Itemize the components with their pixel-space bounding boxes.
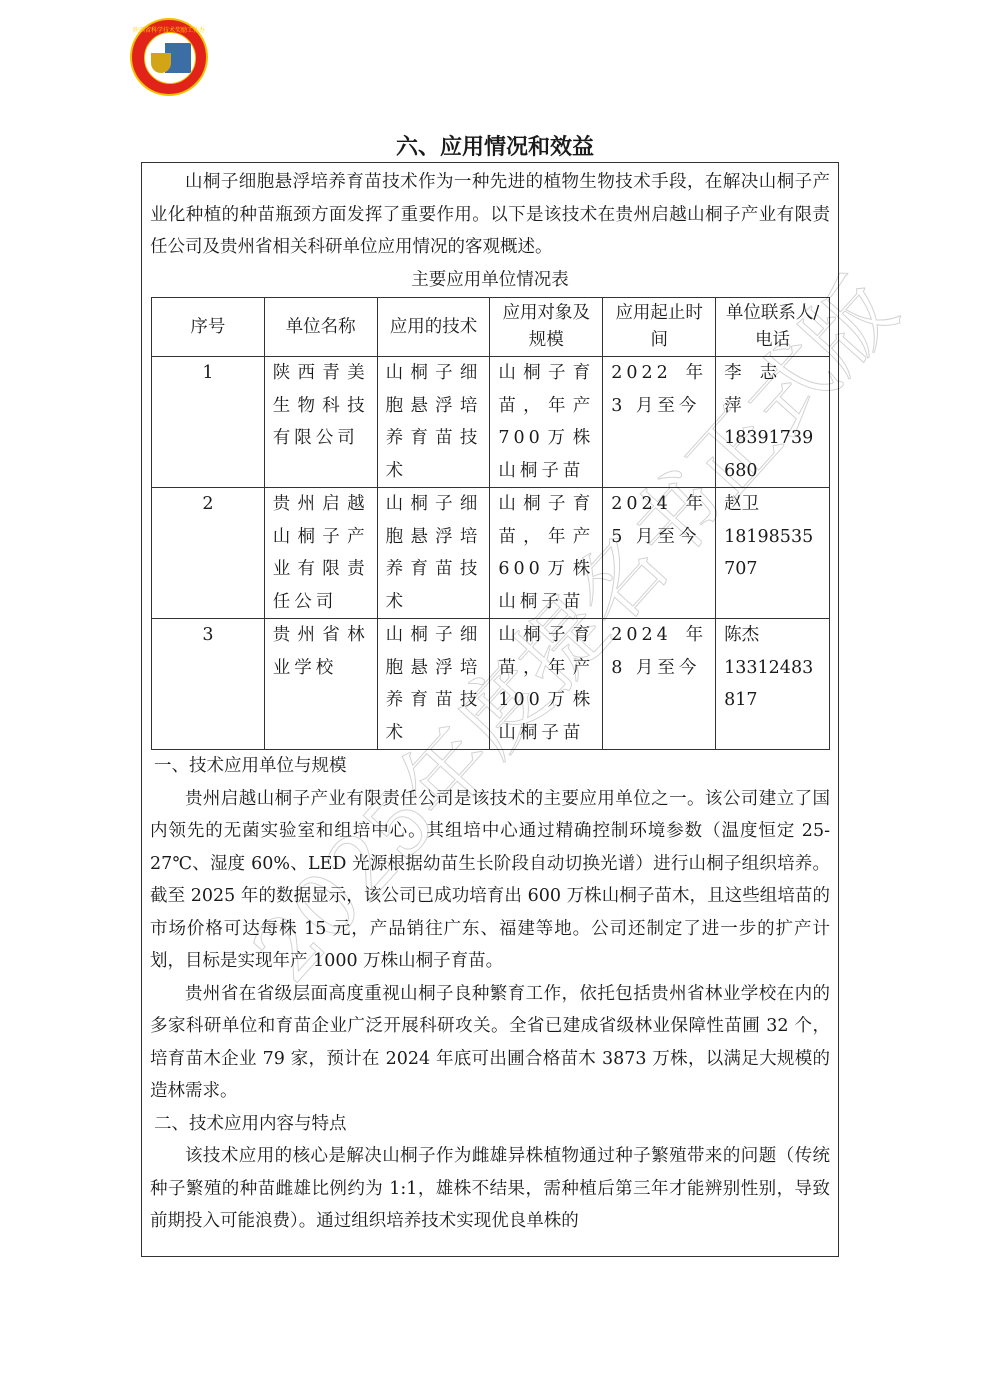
section-heading: 二、技术应用内容与特点 [150, 1108, 830, 1141]
header-period: 应用起止时间 [603, 298, 716, 357]
section-paragraph: 贵州省在省级层面高度重视山桐子良种繁育工作，依托包括贵州省林业学校在内的多家科研… [150, 978, 830, 1108]
cell-tech: 山桐子细胞悬浮培养育苗技术 [377, 357, 490, 488]
table-row: 3 贵州省林业学校 山桐子细胞悬浮培养育苗技术 山桐子育苗，年产100万株山桐子… [152, 619, 830, 750]
cell-period: 2024 年 5 月至今 [603, 488, 716, 619]
table-row: 1 陕西青美生物科技有限公司 山桐子细胞悬浮培养育苗技术 山桐子育苗，年产700… [152, 357, 830, 488]
contact-phone: 18198535707 [724, 521, 821, 586]
cell-contact: 李志萍 18391739680 [716, 357, 830, 488]
page-title: 六、应用情况和效益 [0, 130, 990, 161]
header-unit: 单位名称 [264, 298, 377, 357]
seal-emblem [144, 32, 196, 84]
cell-no: 2 [152, 488, 265, 619]
section-paragraph: 贵州启越山桐子产业有限责任公司是该技术的主要应用单位之一。该公司建立了国内领先的… [150, 783, 830, 978]
trophy-icon [151, 53, 171, 73]
header-scale: 应用对象及规模 [490, 298, 603, 357]
header-no: 序号 [152, 298, 265, 357]
cell-period: 2024 年 8 月至今 [603, 619, 716, 750]
table-caption: 主要应用单位情况表 [150, 264, 830, 297]
cell-tech: 山桐子细胞悬浮培养育苗技术 [377, 619, 490, 750]
document-body: 山桐子细胞悬浮培养育苗技术作为一种先进的植物生物技术手段，在解决山桐子产业化种植… [150, 166, 830, 1238]
application-units-table: 序号 单位名称 应用的技术 应用对象及规模 应用起止时间 单位联系人/电话 1 … [151, 297, 830, 750]
cell-no: 1 [152, 357, 265, 488]
header-tech: 应用的技术 [377, 298, 490, 357]
contact-phone: 18391739680 [724, 422, 821, 487]
cell-tech: 山桐子细胞悬浮培养育苗技术 [377, 488, 490, 619]
section-paragraph: 该技术应用的核心是解决山桐子作为雌雄异株植物通过种子繁殖带来的问题（传统种子繁殖… [150, 1140, 830, 1238]
header-contact: 单位联系人/电话 [716, 298, 830, 357]
cell-unit: 贵州省林业学校 [264, 619, 377, 750]
cell-scale: 山桐子育苗，年产600万株山桐子苗 [490, 488, 603, 619]
table-row: 2 贵州启越山桐子产业有限责任公司 山桐子细胞悬浮培养育苗技术 山桐子育苗，年产… [152, 488, 830, 619]
cell-unit: 陕西青美生物科技有限公司 [264, 357, 377, 488]
table-header-row: 序号 单位名称 应用的技术 应用对象及规模 应用起止时间 单位联系人/电话 [152, 298, 830, 357]
cell-scale: 山桐子育苗，年产700万株山桐子苗 [490, 357, 603, 488]
cell-period: 2022 年 3 月至今 [603, 357, 716, 488]
section-heading: 一、技术应用单位与规模 [150, 750, 830, 783]
contact-name: 陈杰 [724, 619, 821, 652]
cell-unit: 贵州启越山桐子产业有限责任公司 [264, 488, 377, 619]
intro-paragraph: 山桐子细胞悬浮培养育苗技术作为一种先进的植物生物技术手段，在解决山桐子产业化种植… [150, 166, 830, 264]
contact-name: 赵卫 [724, 488, 821, 521]
cell-scale: 山桐子育苗，年产100万株山桐子苗 [490, 619, 603, 750]
contact-name: 李志萍 [724, 357, 821, 422]
contact-phone: 13312483817 [724, 652, 821, 717]
cell-contact: 赵卫 18198535707 [716, 488, 830, 619]
cell-no: 3 [152, 619, 265, 750]
cell-contact: 陈杰 13312483817 [716, 619, 830, 750]
organization-seal-logo: 陕西省科学技术奖励工作办公室 [130, 18, 208, 96]
